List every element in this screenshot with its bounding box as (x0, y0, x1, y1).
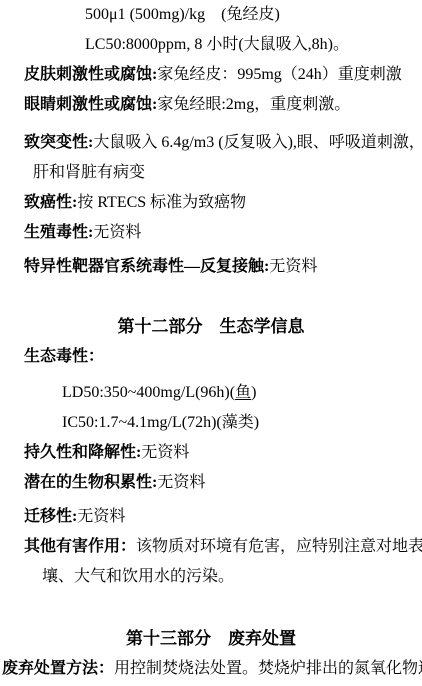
ld50-fish-line: LD50:350~400mg/L(96h)(鱼) (0, 378, 422, 408)
reproductive-toxicity-text: 无资料 (93, 224, 141, 241)
ecotoxicity-label-line: 生态毒性： (0, 342, 422, 372)
stot-repeated-exposure-text: 无资料 (269, 258, 317, 275)
section-13-title: 第十三部分 废弃处置 (126, 629, 296, 648)
skin-irritation-text: 家兔经皮：995mg（24h）重度刺激 (157, 66, 401, 83)
ld50-fish-pre: LD50:350~400mg/L(96h)( (62, 384, 235, 401)
mutagenicity-label: 致突变性: (24, 134, 93, 151)
acute-toxicity-dermal-line: 500μ1 (500mg)/kg (兔经皮) (0, 0, 422, 30)
reproductive-toxicity-line: 生殖毒性:无资料 (0, 218, 422, 248)
eye-irritation-label: 眼睛刺激性或腐蚀: (24, 96, 157, 113)
persistence-degradability-line: 持久性和降解性:无资料 (0, 438, 422, 468)
mutagenicity-continuation-text: 肝和肾脏有病变 (33, 164, 145, 181)
other-adverse-effects-continuation-line: 壤、大气和饮用水的污染。 (0, 562, 422, 592)
section-12-title: 第十二部分 生态学信息 (118, 317, 305, 336)
section-12-header: 第十二部分 生态学信息 (0, 312, 422, 342)
mutagenicity-line: 致突变性:大鼠吸入 6.4g/m3 (反复吸入),眼、呼吸道刺激，肺、 (0, 128, 422, 158)
disposal-method-line: 废弃处置方法：用控制焚烧法处置。焚烧炉排出的氮氧化物通过洗 (0, 654, 422, 684)
other-adverse-effects-text: 该物质对环境有危害，应特别注意对地表水、土 (136, 538, 422, 555)
sds-document-page: 500μ1 (500mg)/kg (兔经皮) LC50:8000ppm, 8 小… (0, 0, 422, 686)
carcinogenicity-label: 致癌性: (24, 194, 77, 211)
persistence-degradability-label: 持久性和降解性: (24, 444, 141, 461)
ld50-fish-underlined: 鱼 (235, 384, 251, 401)
other-adverse-effects-label: 其他有害作用： (24, 538, 136, 555)
disposal-method-label: 废弃处置方法： (2, 660, 114, 677)
eye-irritation-line: 眼睛刺激性或腐蚀:家兔经眼:2mg，重度刺激。 (0, 90, 422, 120)
acute-toxicity-dermal-text: 500μ1 (500mg)/kg (兔经皮) (85, 6, 280, 23)
acute-toxicity-lc50-line: LC50:8000ppm, 8 小时(大鼠吸入,8h)。 (0, 30, 422, 60)
mutagenicity-text: 大鼠吸入 6.4g/m3 (反复吸入),眼、呼吸道刺激，肺、 (93, 134, 422, 151)
acute-toxicity-lc50-text: LC50:8000ppm, 8 小时(大鼠吸入,8h)。 (85, 36, 349, 53)
persistence-degradability-text: 无资料 (141, 444, 189, 461)
stot-repeated-exposure-line: 特异性靶器官系统毒性—反复接触:无资料 (0, 252, 422, 282)
ecotoxicity-label: 生态毒性： (24, 348, 104, 365)
carcinogenicity-text: 按 RTECS 标准为致癌物 (77, 194, 246, 211)
bioaccumulation-line: 潜在的生物积累性:无资料 (0, 468, 422, 498)
mutagenicity-continuation-line: 肝和肾脏有病变 (0, 158, 422, 188)
eye-irritation-text: 家兔经眼:2mg，重度刺激。 (157, 96, 350, 113)
other-adverse-effects-line: 其他有害作用：该物质对环境有危害，应特别注意对地表水、土 (0, 532, 422, 562)
reproductive-toxicity-label: 生殖毒性: (24, 224, 93, 241)
carcinogenicity-line: 致癌性:按 RTECS 标准为致癌物 (0, 188, 422, 218)
stot-repeated-exposure-label: 特异性靶器官系统毒性—反复接触: (24, 258, 269, 275)
other-adverse-effects-continuation-text: 壤、大气和饮用水的污染。 (42, 568, 234, 585)
mobility-line: 迁移性:无资料 (0, 502, 422, 532)
ic50-algae-text: IC50:1.7~4.1mg/L(72h)(藻类) (62, 414, 259, 431)
ic50-algae-line: IC50:1.7~4.1mg/L(72h)(藻类) (0, 408, 422, 438)
bioaccumulation-label: 潜在的生物积累性: (24, 474, 157, 491)
ld50-fish-post: ) (251, 384, 256, 401)
section-13-header: 第十三部分 废弃处置 (0, 624, 422, 654)
mobility-label: 迁移性: (24, 508, 77, 525)
mobility-text: 无资料 (77, 508, 125, 525)
disposal-method-text: 用控制焚烧法处置。焚烧炉排出的氮氧化物通过洗 (114, 660, 422, 677)
skin-irritation-line: 皮肤刺激性或腐蚀:家兔经皮：995mg（24h）重度刺激 (0, 60, 422, 90)
bioaccumulation-text: 无资料 (157, 474, 205, 491)
skin-irritation-label: 皮肤刺激性或腐蚀: (24, 66, 157, 83)
